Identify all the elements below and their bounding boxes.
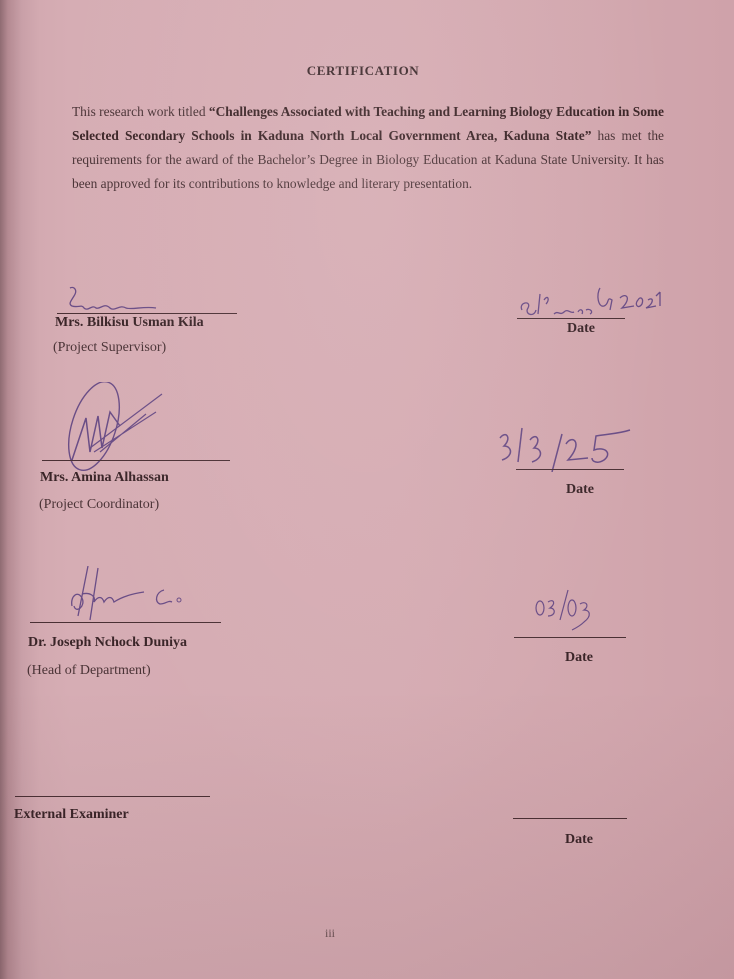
supervisor-date-label: Date <box>567 321 595 337</box>
supervisor-signature <box>64 284 174 316</box>
paragraph-intro: This research work titled <box>72 104 209 119</box>
supervisor-date-handwritten <box>514 274 684 324</box>
coordinator-signature <box>50 382 180 478</box>
hod-date-line <box>514 637 626 638</box>
coordinator-date-handwritten <box>494 420 644 472</box>
certification-paragraph: This research work titled “Challenges As… <box>72 100 664 196</box>
coordinator-date-line <box>516 469 624 470</box>
page-number: iii <box>0 926 660 941</box>
coordinator-name: Mrs. Amina Alhassan <box>40 470 169 486</box>
coordinator-role: (Project Coordinator) <box>39 497 159 513</box>
page-title: CERTIFICATION <box>0 63 726 79</box>
external-examiner-signature-line <box>15 796 210 797</box>
hod-signature-line <box>30 622 221 623</box>
supervisor-role: (Project Supervisor) <box>53 340 166 356</box>
supervisor-date-line <box>517 318 625 319</box>
external-examiner-name: External Examiner <box>14 807 129 823</box>
external-examiner-date-label: Date <box>565 832 593 848</box>
hod-signature <box>68 566 188 622</box>
hod-date-label: Date <box>565 650 593 666</box>
hod-date-handwritten <box>530 588 610 632</box>
supervisor-name: Mrs. Bilkisu Usman Kila <box>55 315 204 331</box>
hod-name: Dr. Joseph Nchock Duniya <box>28 635 187 651</box>
supervisor-signature-line <box>57 313 237 314</box>
external-examiner-date-line <box>513 818 627 819</box>
document-page: CERTIFICATION This research work titled … <box>0 0 734 979</box>
coordinator-date-label: Date <box>566 482 594 498</box>
coordinator-signature-line <box>42 460 230 461</box>
hod-role: (Head of Department) <box>27 663 151 679</box>
